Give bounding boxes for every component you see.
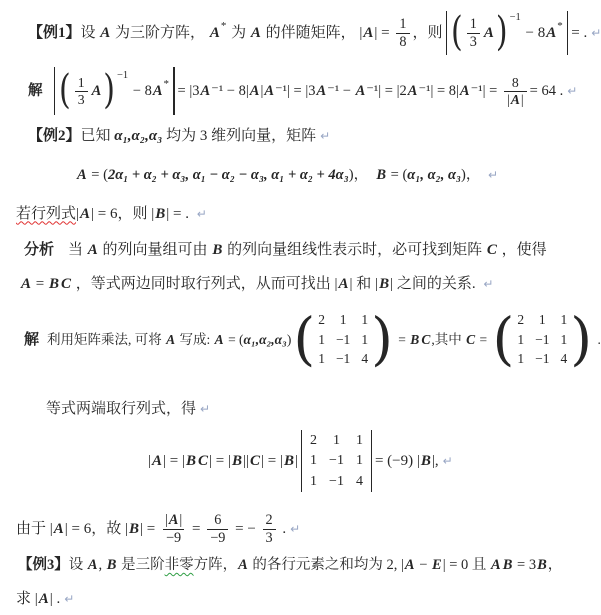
- text-run: | = 6，故 |: [65, 520, 128, 539]
- fraction-1-3: 1 3: [75, 75, 88, 108]
- matrix-cell: 2: [517, 312, 524, 329]
- return-mark: ↵: [488, 168, 498, 183]
- text-run: = 3: [513, 556, 536, 574]
- matrix-cell: 1: [329, 432, 344, 450]
- example2-solution-line: 解 利用矩阵乘法, 可将 A 写成: A = (α₁,α₂,α₃) ( 211 …: [24, 304, 601, 376]
- example2-label: 【例2】: [28, 127, 81, 146]
- superscript-star: *: [557, 20, 563, 34]
- text-run: = (: [88, 166, 108, 184]
- text-run: =: [476, 332, 490, 349]
- text-run: | =: [140, 520, 159, 539]
- example1-label: 【例1】: [28, 24, 81, 43]
- text-run: 设: [81, 24, 100, 43]
- right-paren: ): [496, 13, 508, 54]
- math-var-B: B: [154, 205, 166, 224]
- matrix-cell: 2: [318, 312, 325, 329]
- math-run-alphas: α₁,α₂,α₃: [244, 332, 287, 349]
- text-run: = 64 .: [530, 82, 564, 100]
- matrix-cell: 1: [517, 332, 524, 349]
- fraction-denominator: −9: [207, 529, 228, 546]
- matrix-cell: 1: [336, 312, 350, 329]
- left-paren: (: [492, 313, 514, 367]
- text-run: = −: [231, 520, 259, 539]
- text-run: 等式两端取行列式，得: [46, 400, 196, 419]
- superscript-neg1: −1: [117, 69, 128, 82]
- left-paren: (: [451, 13, 463, 54]
- text-run: =: [188, 520, 204, 539]
- text-run: | = |: [163, 452, 185, 471]
- example1-statement-line: 【例1】 设 A 为三阶方阵， A* 为 A 的伴随矩阵， | A | = 1 …: [28, 8, 601, 58]
- left-paren: (: [293, 313, 315, 367]
- math-var-A: A: [237, 556, 249, 574]
- math-var-B: B: [409, 332, 420, 349]
- math-run-alphas: 2α₁ + α₂ + α₃, α₁ − α₂ − α₃, α₁ + α₂ + 4…: [108, 166, 349, 184]
- fraction-2-3: 2 3: [263, 512, 276, 546]
- text-run: .: [594, 332, 601, 349]
- matrix-cell: −1: [336, 332, 350, 349]
- math-var-A: A: [316, 82, 328, 100]
- fraction-numerator: 2: [263, 512, 276, 528]
- text-run: =: [32, 275, 48, 294]
- fraction-numerator: 1: [396, 16, 409, 32]
- text-run: ,其中: [431, 332, 465, 349]
- math-var-A: A: [362, 24, 374, 43]
- text-run: | 和 |: [350, 275, 379, 294]
- fraction-numerator: 1: [467, 16, 480, 32]
- matrix-cell: 1: [356, 452, 363, 470]
- determinant-bar: [54, 67, 56, 115]
- matrix-cell: 1: [361, 312, 368, 329]
- solution-label: 解: [28, 82, 43, 100]
- text-run: 由于 |: [16, 520, 53, 539]
- return-mark: ↵: [197, 207, 207, 222]
- math-var-B: B: [375, 166, 387, 184]
- matrix-cell: −1: [535, 351, 549, 368]
- example2-condition-line: 若行列式 |A| = 6，则 |B| = . ↵: [16, 202, 207, 226]
- text-run: = (: [225, 332, 244, 349]
- text-run: ): [287, 332, 292, 349]
- math-var-A: A: [79, 205, 91, 224]
- determinant-bar: [567, 11, 569, 55]
- math-var-A: A: [76, 166, 88, 184]
- math-var-A: A: [214, 332, 225, 349]
- math-var-B: B: [48, 275, 60, 294]
- matrix-3x3: ( 211 1−11 1−14 ): [293, 312, 393, 369]
- math-run-alphas: α₁, α₂, α₃: [407, 166, 461, 184]
- right-paren: ): [570, 313, 592, 367]
- text-run: |,: [432, 452, 439, 471]
- fraction-denominator: |A|: [504, 91, 527, 108]
- text-run: | = 0 且: [443, 556, 490, 574]
- document-page: 【例1】 设 A 为三阶方阵， A* 为 A 的伴随矩阵， | A | = 1 …: [0, 0, 601, 615]
- text-run: 的列向量组可由: [99, 241, 212, 260]
- math-var-A: A: [338, 275, 350, 294]
- take-determinant-line: 等式两端取行列式，得 ↵: [46, 398, 210, 420]
- return-mark: ↵: [591, 26, 601, 41]
- math-var-A: A: [87, 241, 99, 260]
- analysis-label: 分析: [24, 241, 54, 260]
- text-run: .: [279, 520, 287, 539]
- math-var-A: A: [483, 24, 495, 43]
- math-var-C: C: [197, 452, 209, 471]
- math-var-A: A: [404, 556, 416, 574]
- math-var-A: A: [152, 82, 164, 100]
- math-var-C: C: [60, 275, 72, 294]
- text-run: 利用矩阵乘法, 可将: [47, 332, 165, 349]
- math-var-E: E: [431, 556, 443, 574]
- math-var-A: A: [168, 512, 180, 528]
- fraction-numerator: 6: [211, 512, 224, 528]
- fraction-denominator: −9: [163, 529, 184, 546]
- text-run: ⁻¹| = |3: [275, 82, 315, 100]
- matrix-3x3: ( 211 1−11 1−14 ): [492, 312, 592, 369]
- left-paren: (: [59, 71, 71, 112]
- math-var-B: B: [536, 556, 548, 574]
- text-run: = (−9) |: [375, 452, 420, 471]
- text-run: ，使得: [498, 241, 547, 260]
- math-var-A: A: [407, 82, 419, 100]
- math-var-A: A: [165, 332, 176, 349]
- matrix-grid: 211 1−11 1−14: [514, 312, 570, 369]
- conclusion-line: 由于 |A| = 6，故 |B| = |A| −9 = 6 −9 = − 2 3…: [16, 506, 300, 552]
- example3-statement-line: 【例3】 设 A, B 是三阶非零方阵，A 的各行元素之和均为 2, |A − …: [18, 552, 562, 578]
- text-run: )，: [349, 166, 376, 184]
- spellcheck-green-text: 非零: [165, 556, 194, 574]
- fraction-denominator: 3: [75, 91, 88, 108]
- math-var-B: B: [420, 452, 432, 471]
- math-var-A: A: [263, 82, 275, 100]
- matrix-cell: 1: [517, 351, 524, 368]
- matrix-cell: 1: [361, 332, 368, 349]
- text-run: | = |: [209, 452, 231, 471]
- text-run: = |3: [178, 82, 200, 100]
- fraction-6-neg9: 6 −9: [207, 512, 228, 546]
- determinant-bar: [173, 67, 175, 115]
- text-run: ⁻¹| = |2: [366, 82, 406, 100]
- matrix-cell: −1: [329, 452, 344, 470]
- math-var-A: A: [490, 556, 502, 574]
- math-var-B: B: [283, 452, 295, 471]
- matrix-cell: 1: [318, 351, 325, 368]
- return-mark: ↵: [483, 277, 493, 292]
- solution-label: 解: [24, 331, 39, 350]
- math-var-B: B: [231, 452, 243, 471]
- text-run: 已知: [81, 127, 115, 146]
- math-var-B: B: [502, 556, 514, 574]
- matrix-cell: −1: [336, 351, 350, 368]
- text-run: 的列向量组线性表示时，必可找到矩阵: [223, 241, 486, 260]
- matrix-grid: 211 1−11 1−14: [315, 312, 371, 369]
- math-var-A: A: [510, 92, 521, 108]
- text-run: 方阵，: [194, 556, 238, 574]
- example2-formula-line: A = (2α₁ + α₂ + α₃, α₁ − α₂ − α₃, α₁ + α…: [76, 158, 498, 192]
- text-run: 是三阶: [117, 556, 164, 574]
- matrix-cell: 4: [356, 473, 363, 491]
- return-mark: ↵: [567, 84, 577, 99]
- superscript-neg1: −1: [510, 11, 521, 24]
- math-var-A: A: [20, 275, 32, 294]
- fraction-denominator: 3: [263, 529, 276, 546]
- math-var-A: A: [250, 24, 262, 43]
- math-var-A: A: [355, 82, 367, 100]
- math-var-A: A: [545, 24, 557, 43]
- text-run: ⁻¹| =: [471, 82, 501, 100]
- math-var-A: A: [151, 452, 163, 471]
- example1-solution-line: 解 ( 1 3 A ) −1 − 8 A* = |3A⁻¹ − 8|A|A⁻¹|…: [28, 62, 577, 120]
- superscript-star: *: [221, 20, 227, 34]
- text-run: 求 |: [16, 590, 38, 609]
- determinant-3x3: 211 1−11 1−14: [301, 430, 372, 493]
- text-run: 均为 3 维列向量，矩阵: [162, 127, 316, 146]
- abs-bar: |: [521, 92, 524, 108]
- example3-line2: 求 |A| . ↵: [16, 586, 74, 612]
- math-vars-alpha: α₁,α₂,α₃: [114, 127, 162, 146]
- text-run: )，: [461, 166, 484, 184]
- text-run: −: [416, 556, 431, 574]
- fraction-denominator: 3: [467, 33, 480, 50]
- right-paren: ): [371, 313, 393, 367]
- text-run: | = |: [261, 452, 283, 471]
- text-run: ⁻¹| = 8|: [418, 82, 458, 100]
- math-var-B: B: [106, 556, 118, 574]
- math-var-A: A: [200, 82, 212, 100]
- fraction-8-absA: 8 |A|: [504, 75, 527, 108]
- text-run: ,: [99, 556, 106, 574]
- spellcheck-red-text: 若行列式: [16, 205, 76, 224]
- text-run: ，等式两边同时取行列式，从而可找出 |: [72, 275, 338, 294]
- return-mark: ↵: [64, 592, 74, 607]
- right-paren: ): [103, 71, 115, 112]
- matrix-cell: 2: [310, 432, 317, 450]
- math-var-A: A: [249, 82, 261, 100]
- text-run: | .: [50, 590, 61, 609]
- math-var-C: C: [465, 332, 476, 349]
- math-var-A: A: [91, 82, 103, 100]
- superscript-star: *: [164, 78, 170, 92]
- matrix-cell: 1: [560, 332, 567, 349]
- text-run: 当: [68, 241, 87, 260]
- fraction-absA-neg9: |A| −9: [162, 512, 185, 546]
- matrix-cell: 1: [560, 312, 567, 329]
- math-var-C: C: [249, 452, 261, 471]
- matrix-cell: 1: [356, 432, 363, 450]
- text-run: =: [395, 332, 409, 349]
- text-run: = (: [387, 166, 407, 184]
- text-run: − 8: [522, 24, 545, 43]
- text-run: = .: [571, 24, 587, 43]
- text-run: 的各行元素之和均为 2, |: [249, 556, 404, 574]
- return-mark: ↵: [200, 402, 210, 417]
- fraction-numerator: 8: [509, 75, 522, 91]
- text-run: | = 6，则 |: [91, 205, 154, 224]
- example2-statement-line: 【例2】 已知 α₁,α₂,α₃ 均为 3 维列向量，矩阵 ↵: [28, 124, 330, 148]
- text-run: | =: [374, 24, 393, 43]
- math-var-A: A: [87, 556, 99, 574]
- text-run: |: [295, 452, 298, 471]
- math-var-B: B: [185, 452, 197, 471]
- example3-label: 【例3】: [18, 556, 69, 574]
- text-run: | = .: [166, 205, 192, 224]
- determinant-bar: [446, 11, 448, 55]
- text-run: 为三阶方阵，: [111, 24, 209, 43]
- return-mark: ↵: [443, 454, 453, 469]
- matrix-cell: −1: [535, 332, 549, 349]
- analysis-line1: 分析 当 A 的列向量组可由 B 的列向量组线性表示时，必可找到矩阵 C ，使得: [24, 238, 547, 262]
- math-var-B: B: [211, 241, 223, 260]
- return-mark: ↵: [320, 129, 330, 144]
- math-var-C: C: [420, 332, 431, 349]
- text-run: ⁻¹ − 8|: [211, 82, 249, 100]
- return-mark: ↵: [290, 522, 300, 537]
- math-var-A: A: [209, 24, 221, 43]
- analysis-line2: A = BC ，等式两边同时取行列式，从而可找出 |A| 和 |B| 之间的关系…: [20, 272, 493, 296]
- text-run: 为: [227, 24, 250, 43]
- math-var-A: A: [99, 24, 111, 43]
- math-var-A: A: [38, 590, 50, 609]
- fraction-numerator: 1: [75, 75, 88, 91]
- fraction-1-3: 1 3: [467, 16, 480, 50]
- math-var-C: C: [486, 241, 498, 260]
- matrix-cell: 1: [310, 452, 317, 470]
- matrix-cell: 1: [535, 312, 549, 329]
- text-run: ⁻¹ −: [327, 82, 354, 100]
- math-var-A: A: [53, 520, 65, 539]
- text-run: 的伴随矩阵，: [262, 24, 360, 43]
- matrix-cell: 1: [318, 332, 325, 349]
- text-run: ，则: [413, 24, 443, 43]
- matrix-cell: 4: [560, 351, 567, 368]
- determinant-equation-line: |A| = |BC| = |B||C| = |B| 211 1−11 1−14 …: [148, 428, 453, 494]
- math-var-B: B: [378, 275, 390, 294]
- text-run: | 之间的关系.: [390, 275, 479, 294]
- fraction-numerator: |A|: [162, 512, 185, 528]
- text-run: 写成:: [176, 332, 214, 349]
- fraction-1-8: 1 8: [396, 16, 409, 50]
- matrix-cell: −1: [329, 473, 344, 491]
- abs-bar: |: [179, 512, 182, 528]
- math-var-A: A: [459, 82, 471, 100]
- text-run: 设: [69, 556, 87, 574]
- matrix-cell: 4: [361, 351, 368, 368]
- text-run: − 8: [129, 82, 152, 100]
- matrix-cell: 1: [310, 473, 317, 491]
- math-var-B: B: [128, 520, 140, 539]
- fraction-denominator: 8: [396, 33, 409, 50]
- text-run: ，: [548, 556, 563, 574]
